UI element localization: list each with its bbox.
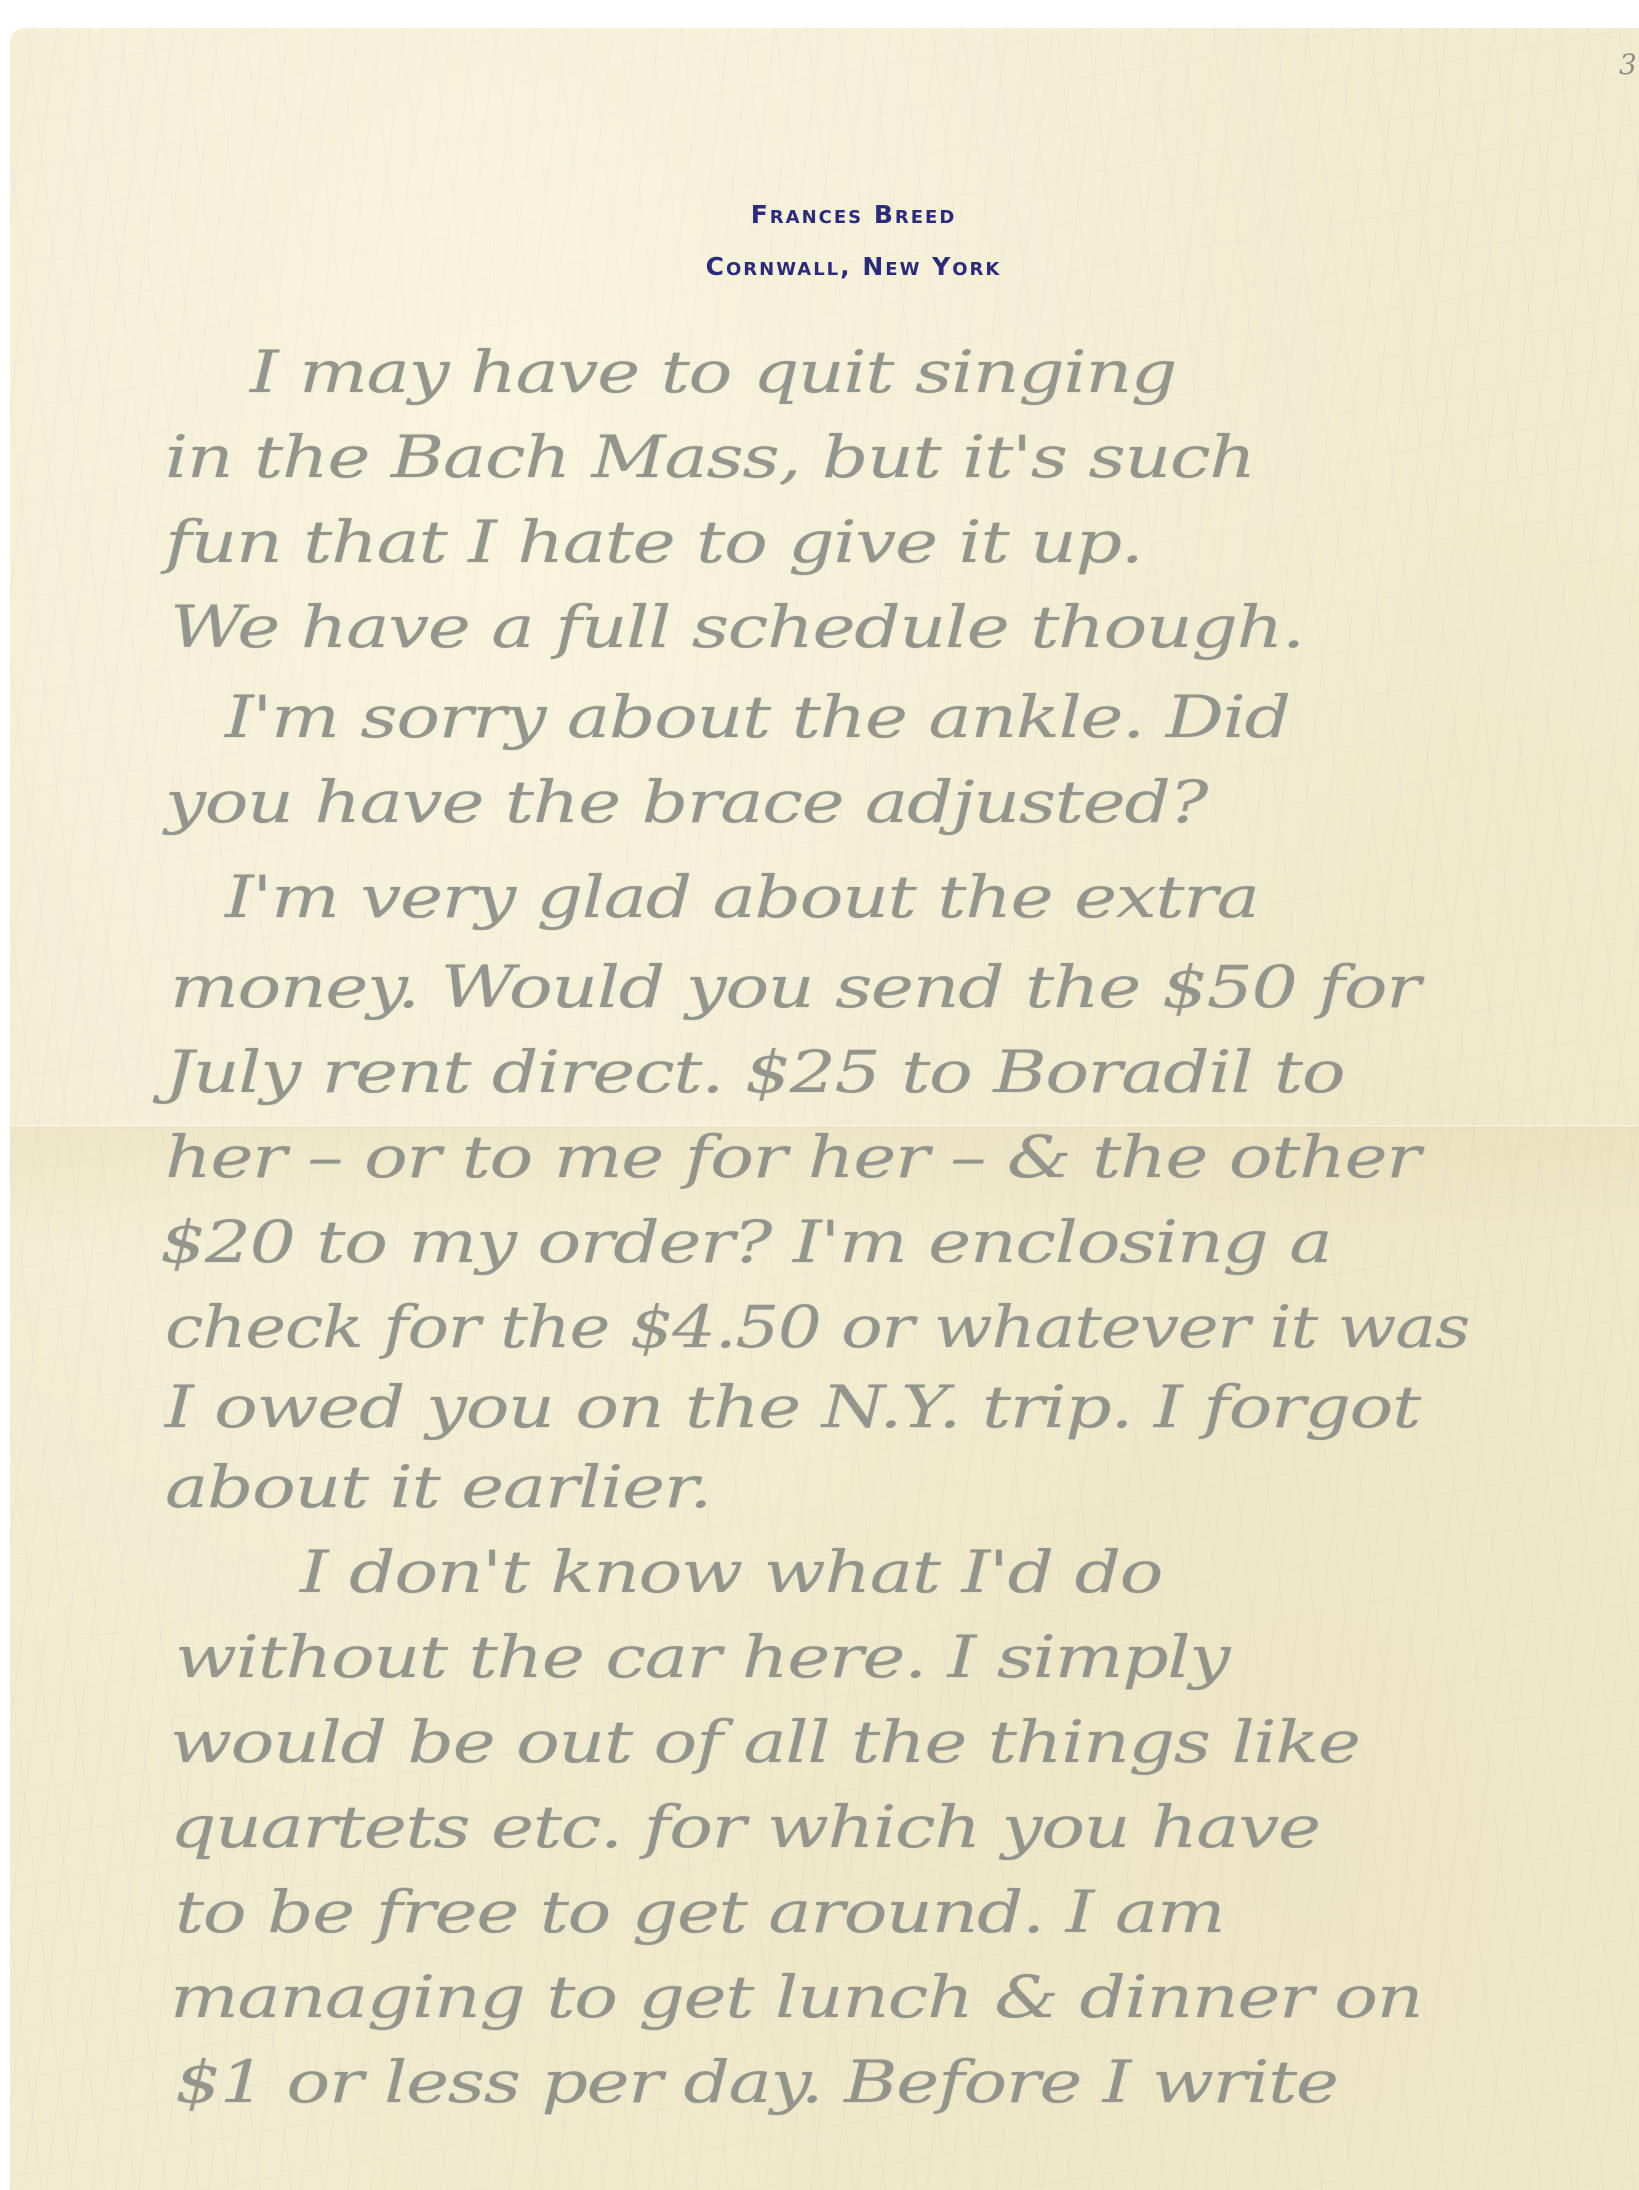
letter-line: I owed you on the N.Y. trip. I forgot (165, 1373, 1420, 1441)
letter-line: We have a full schedule though. (170, 593, 1304, 661)
letter-line: would be out of all the things like (170, 1708, 1360, 1776)
letter-paper: Frances Breed Cornwall, New York 3 I may… (10, 28, 1639, 2190)
letter-line: to be free to get around. I am (175, 1878, 1224, 1946)
letter-line: I'm very glad about the extra (225, 863, 1259, 931)
letter-line: I may have to quit singing (250, 338, 1176, 406)
letter-line: in the Bach Mass, but it's such (165, 423, 1255, 491)
letter-body: I may have to quit singing in the Bach M… (10, 28, 1639, 2190)
letter-line: check for the $4.50 or whatever it was (165, 1293, 1469, 1361)
letter-line: about it earlier. (165, 1453, 711, 1521)
letter-line: without the car here. I simply (175, 1623, 1229, 1691)
letter-line: July rent direct. $25 to Boradil to (165, 1038, 1344, 1106)
letter-line: I don't know what I'd do (300, 1538, 1162, 1606)
letter-line: quartets etc. for which you have (170, 1793, 1320, 1861)
letter-line: I'm sorry about the ankle. Did (225, 683, 1290, 751)
letter-line: managing to get lunch & dinner on (170, 1963, 1422, 2031)
letter-line: you have the brace adjusted? (165, 768, 1207, 836)
letter-line: $1 or less per day. Before I write (175, 2048, 1338, 2116)
letter-line: money. Would you send the $50 for (170, 953, 1420, 1021)
letter-line: fun that I hate to give it up. (165, 508, 1143, 576)
letter-line: her – or to me for her – & the other (165, 1123, 1420, 1191)
letter-line: $20 to my order? I'm enclosing a (160, 1208, 1331, 1276)
